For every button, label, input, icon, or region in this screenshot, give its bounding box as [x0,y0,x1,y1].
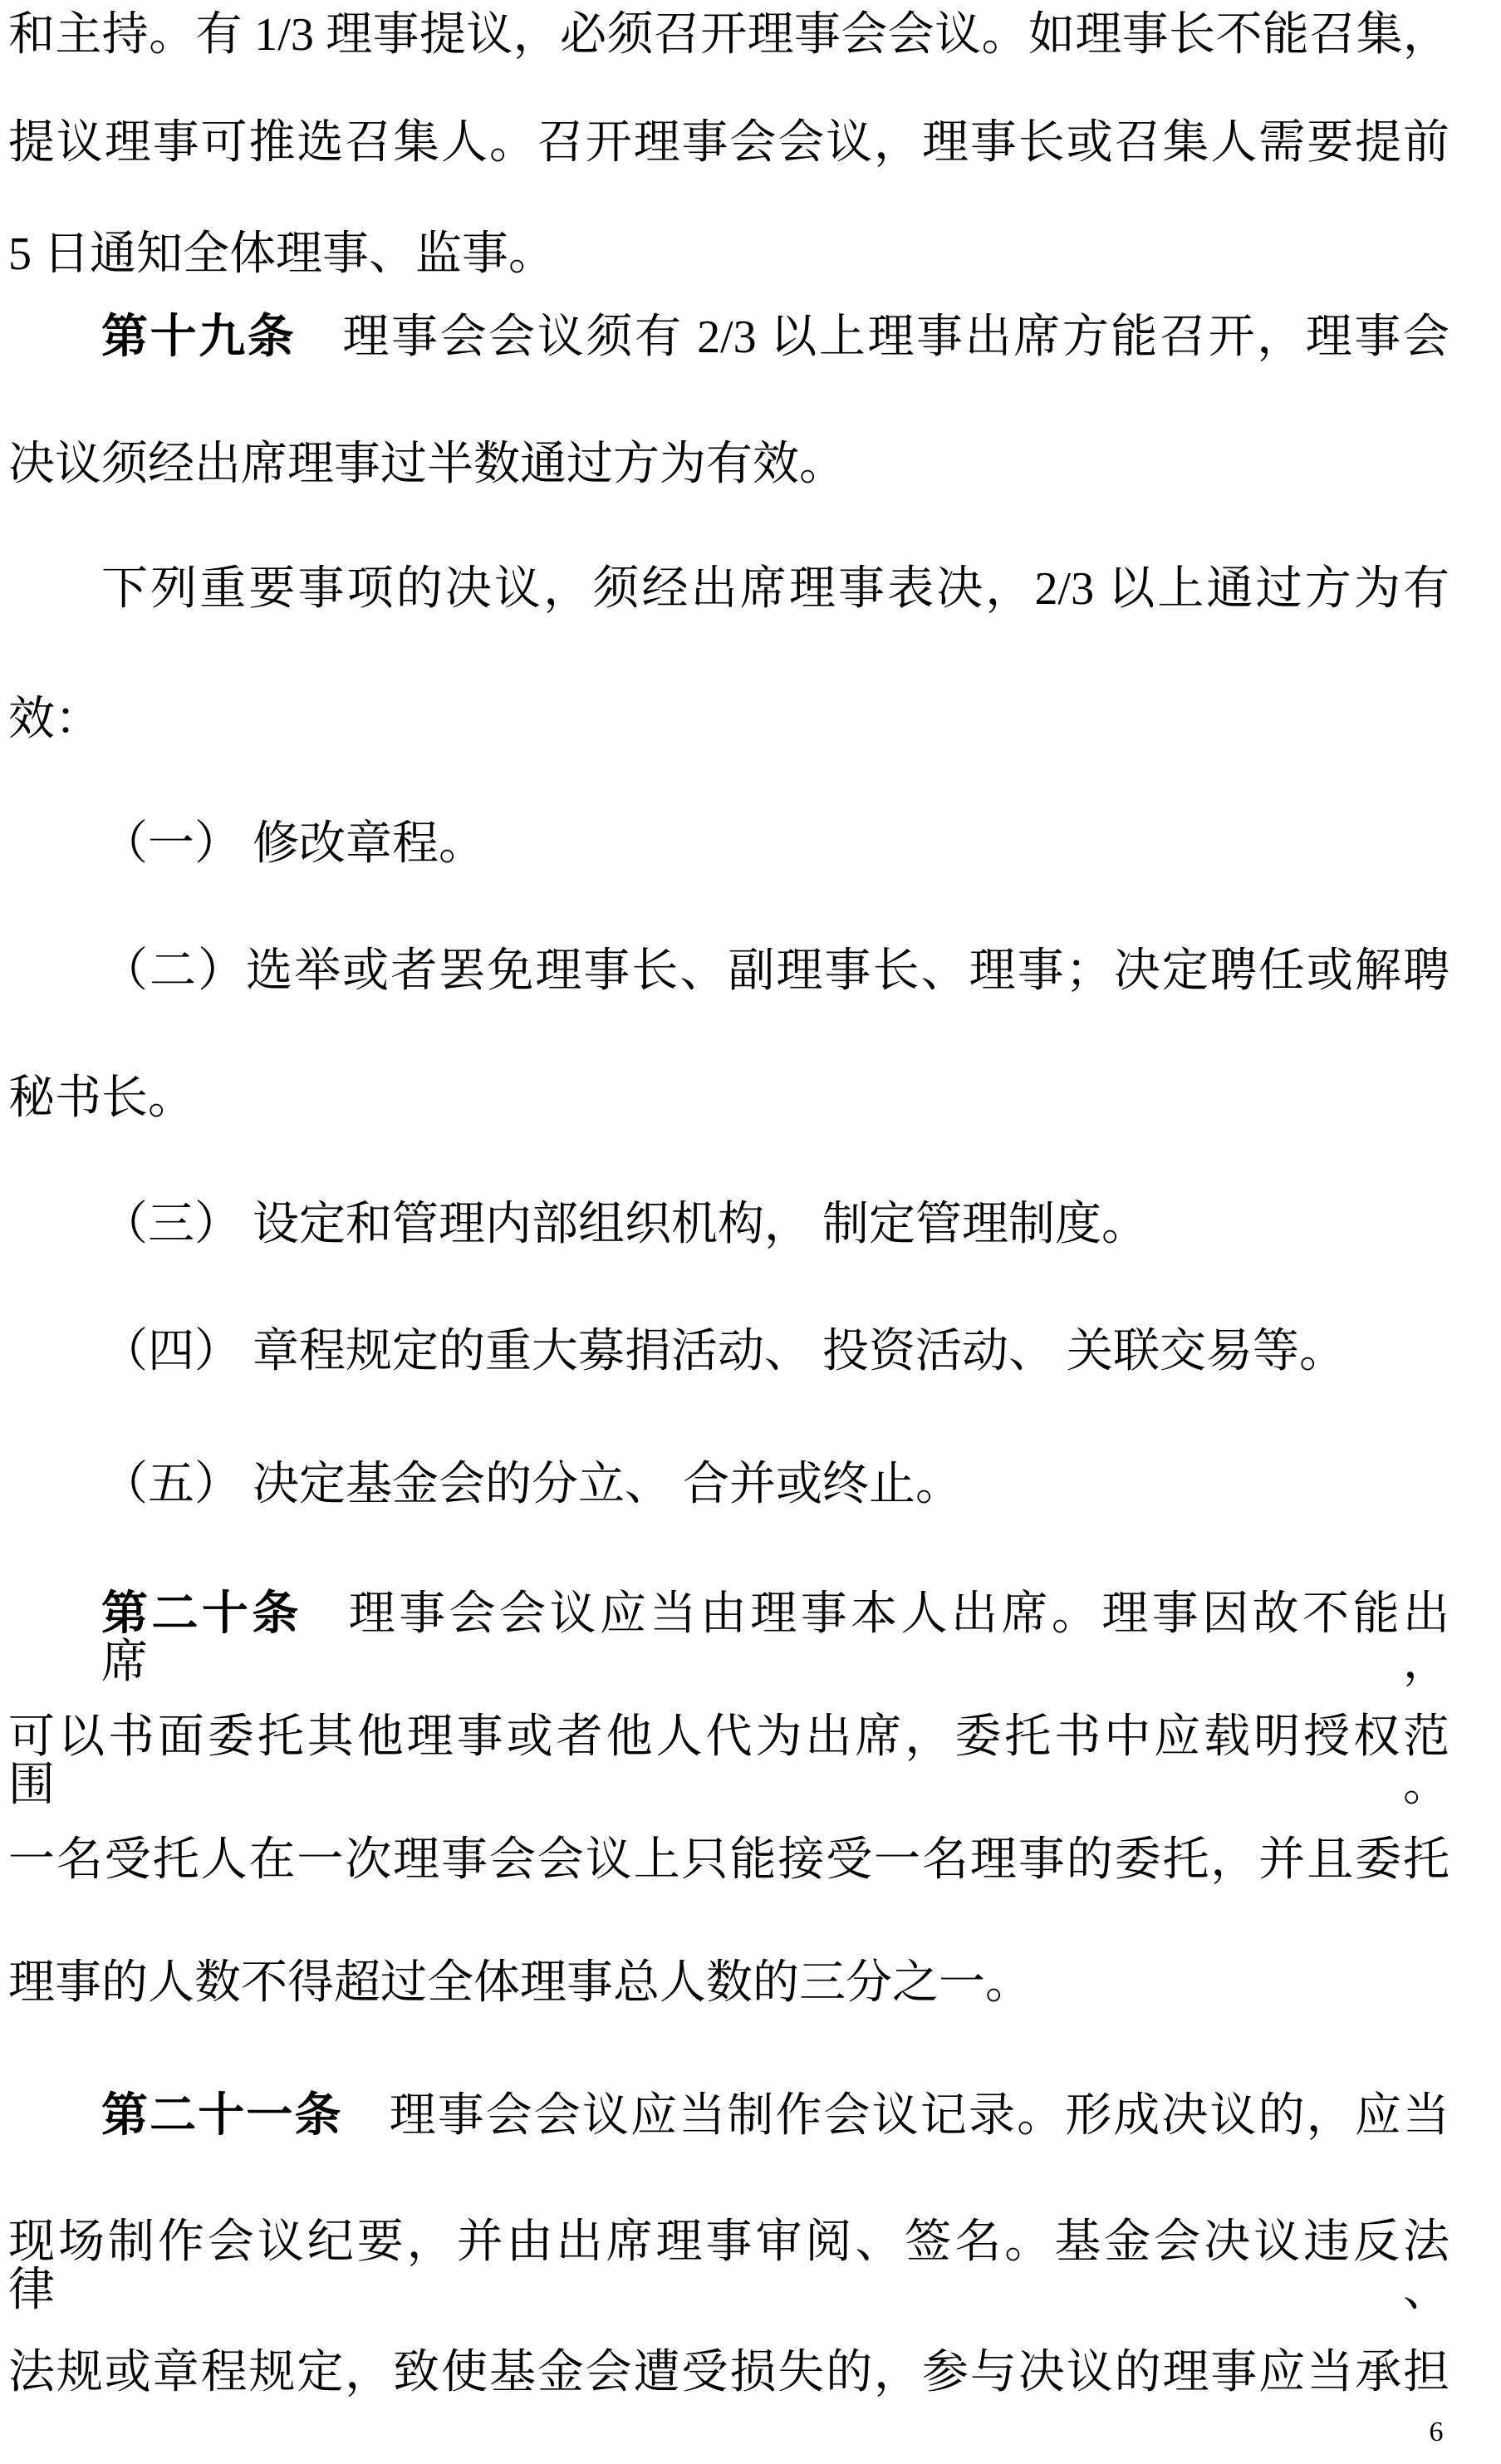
body-text: 理事的人数不得超过全体理事总人数的三分之一。 [8,1957,1032,2009]
text-line: 下列重要事项的决议，须经出席理事表决，2/3 以上通过方为有 [8,565,1449,615]
text-line: 第二十条理事会会议应当由理事本人出席。理事因故不能出席， [8,1590,1449,1640]
body-text: （一） 修改章程。 [101,818,485,870]
body-text: 决议须经出席理事过半数通过方为有效。 [8,439,846,490]
text-line: 理事的人数不得超过全体理事总人数的三分之一。 [8,1959,1449,2009]
page-number: 6 [1412,2414,1460,2451]
article-heading: 第二十条 [101,1588,302,1640]
text-line: 现场制作会议纪要，并由出席理事审阅、签名。基金会决议违反法律、 [8,2218,1449,2268]
text-line: 法规或章程规定，致使基金会遭受损失的，参与决议的理事应当承担 [8,2349,1449,2398]
body-text: （三） 设定和管理内部组织机构， 制定管理制度。 [101,1199,1148,1250]
text-line: 和主持。有 1/3 理事提议，必须召开理事会会议。如理事长不能召集， [8,11,1449,61]
body-text: 现场制作会议纪要，并由出席理事审阅、签名。基金会决议违反法律、 [8,2216,1449,2316]
text-line: 第十九条理事会会议须有 2/3 以上理事出席方能召开，理事会 [8,313,1449,363]
body-text: 提议理事可推选召集人。召开理事会会议，理事长或召集人需要提前 [8,117,1449,169]
text-line: 5 日通知全体理事、监事。 [8,230,1449,280]
text-line: 决议须经出席理事过半数通过方为有效。 [8,440,1449,490]
body-text: 理事会会议应当由理事本人出席。理事因故不能出席， [101,1588,1449,1688]
text-line: 一名受托人在一次理事会会议上只能接受一名理事的委托，并且委托 [8,1836,1449,1886]
body-text: 法规或章程规定，致使基金会遭受损失的，参与决议的理事应当承担 [8,2347,1449,2398]
text-line: 可以书面委托其他理事或者他人代为出席，委托书中应载明授权范围。 [8,1713,1449,1763]
text-line: 第二十一条理事会会议应当制作会议记录。形成决议的，应当 [8,2092,1449,2142]
body-text: （四） 章程规定的重大募捐活动、 投资活动、 关联交易等。 [101,1326,1346,1377]
body-text: 一名受托人在一次理事会会议上只能接受一名理事的委托，并且委托 [8,1834,1449,1886]
text-line: （五） 决定基金会的分立、 合并或终止。 [8,1460,1449,1510]
text-line: （一） 修改章程。 [8,820,1449,870]
body-text: 可以书面委托其他理事或者他人代为出席，委托书中应载明授权范围。 [8,1711,1449,1811]
body-text: 理事会会议应当制作会议记录。形成决议的，应当 [390,2090,1449,2142]
text-line: 提议理事可推选召集人。召开理事会会议，理事长或召集人需要提前 [8,119,1449,169]
article-heading: 第十九条 [101,312,296,363]
body-text: （二）选举或者罢免理事长、副理事长、理事；决定聘任或解聘 [101,945,1449,997]
body-text: 5 日通知全体理事、监事。 [8,228,555,280]
body-text: （五） 决定基金会的分立、 合并或终止。 [101,1459,962,1510]
text-line: 效： [8,695,1449,745]
document-page: 和主持。有 1/3 理事提议，必须召开理事会会议。如理事长不能召集，提议理事可推… [0,0,1501,2464]
text-line: （四） 章程规定的重大募捐活动、 投资活动、 关联交易等。 [8,1328,1449,1377]
body-text: 理事会会议须有 2/3 以上理事出席方能召开，理事会 [342,312,1449,363]
article-heading: 第二十一条 [101,2090,343,2142]
body-text: 和主持。有 1/3 理事提议，必须召开理事会会议。如理事长不能召集， [8,9,1449,61]
text-line: （三） 设定和管理内部组织机构， 制定管理制度。 [8,1200,1449,1250]
body-text: 下列重要事项的决议，须经出席理事表决，2/3 以上通过方为有 [101,563,1449,615]
body-text: 秘书长。 [8,1072,194,1124]
text-line: 秘书长。 [8,1074,1449,1124]
body-text: 效： [8,694,101,745]
text-line: （二）选举或者罢免理事长、副理事长、理事；决定聘任或解聘 [8,947,1449,997]
